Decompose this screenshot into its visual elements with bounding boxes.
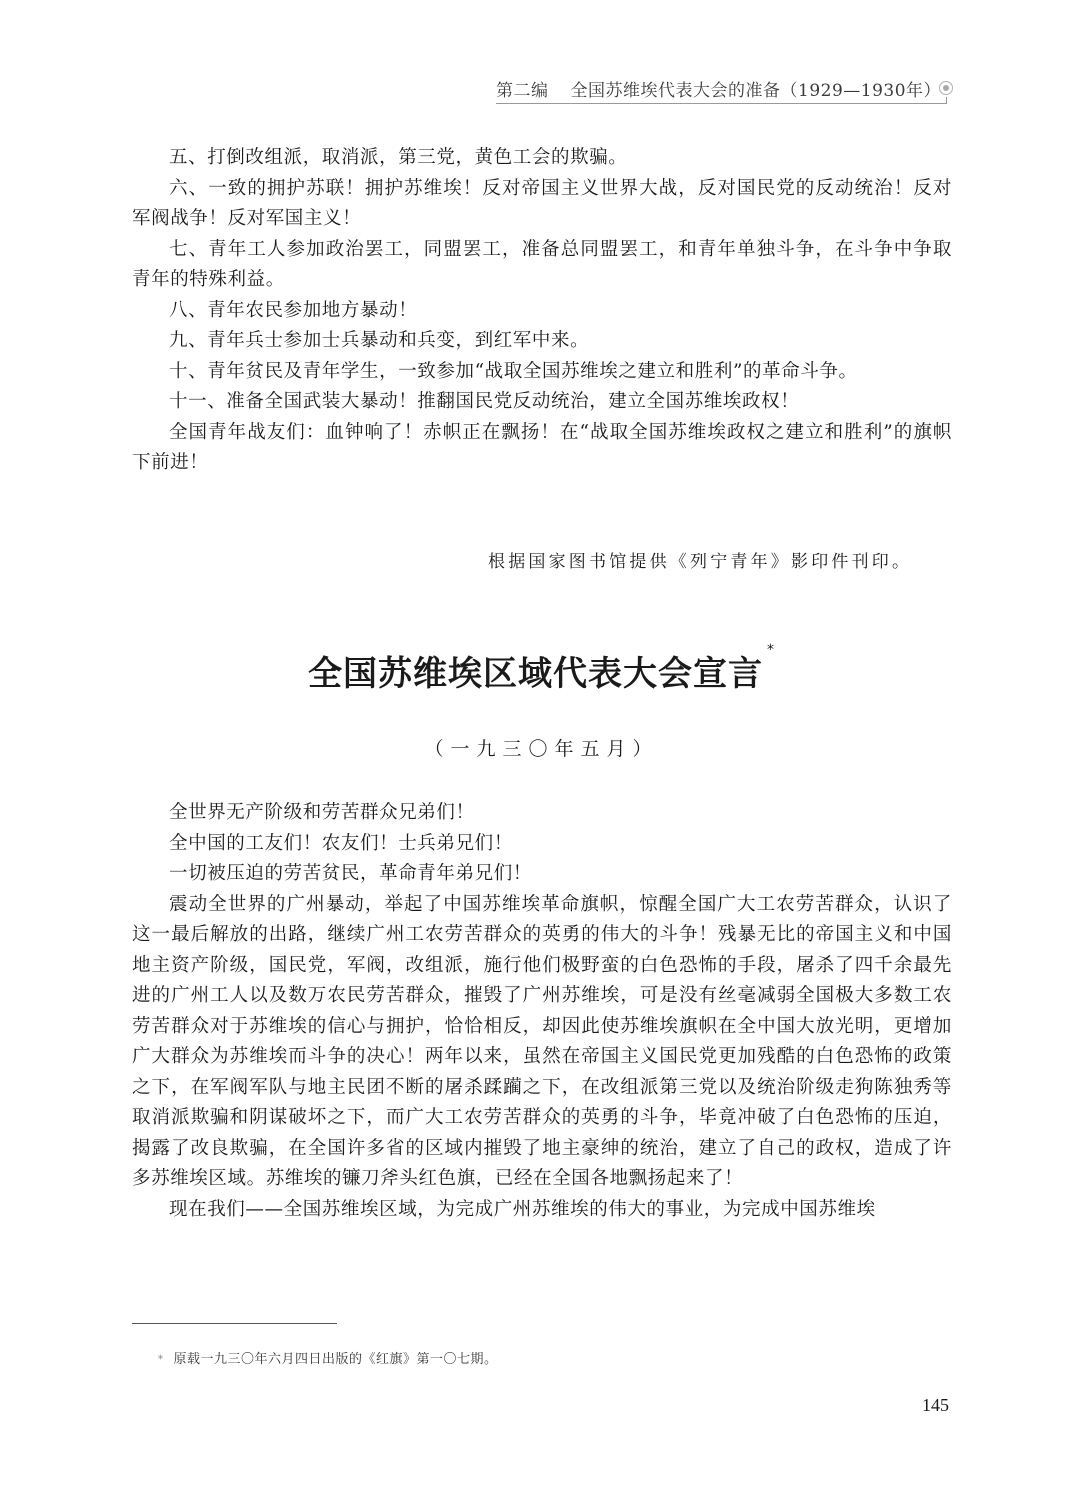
header-rule-tick bbox=[946, 97, 947, 104]
document-title: 全国苏维埃区域代表大会宣言* bbox=[0, 646, 1083, 695]
paragraph: 全中国的工友们！农友们！士兵弟兄们！ bbox=[132, 829, 952, 860]
paragraph: 全世界无产阶级和劳苦群众兄弟们！ bbox=[132, 798, 952, 829]
paragraph: 现在我们——全国苏维埃区域，为完成广州苏维埃的伟大的事业，为完成中国苏维埃 bbox=[132, 1195, 952, 1226]
footnote-rule bbox=[132, 1323, 337, 1324]
running-header: 第二编全国苏维埃代表大会的准备（1929—1930年） bbox=[496, 76, 956, 101]
source-note: 根据国家图书馆提供《列宁青年》影印件刊印。 bbox=[488, 547, 912, 572]
footnote-reference[interactable]: * bbox=[767, 642, 775, 658]
document-date: （一九三〇年五月） bbox=[0, 734, 1083, 761]
footnote-text: 原载一九三〇年六月四日出版的《红旗》第一〇七期。 bbox=[174, 1352, 498, 1367]
paragraph: 五、打倒改组派，取消派，第三党，黄色工会的欺骗。 bbox=[132, 143, 952, 174]
page-number: 145 bbox=[922, 1395, 949, 1416]
paragraph: 全国青年战友们：血钟响了！赤帜正在飘扬！在“战取全国苏维埃政权之建立和胜利”的旗… bbox=[132, 418, 952, 479]
paragraph: 一切被压迫的劳苦贫民，革命青年弟兄们！ bbox=[132, 859, 952, 890]
header-rule bbox=[496, 103, 947, 104]
document-title-text: 全国苏维埃区域代表大会宣言 bbox=[308, 654, 763, 694]
paragraph: 九、青年兵士参加士兵暴动和兵变，到红军中来。 bbox=[132, 326, 952, 357]
header-section-title: 全国苏维埃代表大会的准备（1929—1930年） bbox=[571, 81, 942, 101]
footnote-marker: * bbox=[158, 1354, 164, 1365]
previous-document-ending: 五、打倒改组派，取消派，第三党，黄色工会的欺骗。 六、一致的拥护苏联！拥护苏维埃… bbox=[132, 143, 952, 479]
document-body: 全世界无产阶级和劳苦群众兄弟们！ 全中国的工友们！农友们！士兵弟兄们！ 一切被压… bbox=[132, 798, 952, 1225]
paragraph: 十一、准备全国武装大暴动！推翻国民党反动统治，建立全国苏维埃政权！ bbox=[132, 387, 952, 418]
header-part-label: 第二编 bbox=[496, 81, 549, 101]
paragraph: 六、一致的拥护苏联！拥护苏维埃！反对帝国主义世界大战，反对国民党的反动统治！反对… bbox=[132, 174, 952, 235]
paragraph: 十、青年贫民及青年学生，一致参加“战取全国苏维埃之建立和胜利”的革命斗争。 bbox=[132, 357, 952, 388]
circle-dot-icon bbox=[939, 81, 953, 95]
paragraph: 八、青年农民参加地方暴动！ bbox=[132, 296, 952, 327]
footnote: *原载一九三〇年六月四日出版的《红旗》第一〇七期。 bbox=[158, 1348, 498, 1367]
paragraph: 七、青年工人参加政治罢工，同盟罢工，准备总同盟罢工，和青年单独斗争，在斗争中争取… bbox=[132, 235, 952, 296]
paragraph: 震动全世界的广州暴动，举起了中国苏维埃革命旗帜，惊醒全国广大工农劳苦群众，认识了… bbox=[132, 890, 952, 1195]
